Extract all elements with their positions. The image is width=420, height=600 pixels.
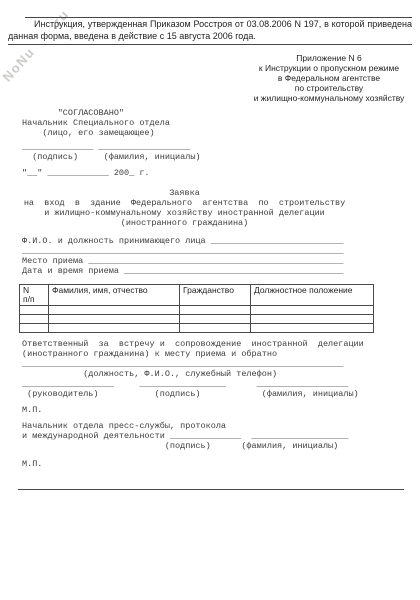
table-row (20, 324, 374, 333)
press-service-block: Начальник отдела пресс-службы, протокола… (0, 421, 420, 451)
appendix-line-4: по строительству (240, 83, 418, 93)
field-reception-place: Место приема ___________________________… (22, 256, 420, 266)
document-page: NoNu .ru Инструкция, утвержденная Приказ… (0, 0, 420, 600)
document-content: Инструкция, утвержденная Приказом Росстр… (0, 17, 420, 490)
stamp-place-2: М.П. (22, 459, 420, 469)
approval-date-line: "__" ____________ 200_ г. (22, 168, 420, 178)
notice-line-1: Инструкция, утвержденная Приказом Росстр… (8, 19, 412, 31)
table-header-number: N п/п (20, 285, 49, 306)
notice-line-2: данная форма, введена в действие с 15 ав… (8, 31, 412, 43)
appendix-line-2: к Инструкции о пропускном режиме (240, 63, 418, 73)
field-host-name-continuation: ________________________________________… (22, 246, 420, 256)
responsible-signature-labels: (руководитель) (подпись) (фамилия, иници… (22, 389, 420, 399)
approval-title: "СОГЛАСОВАНО" (22, 108, 420, 118)
responsible-underline-label: (должность, Ф.И.О., служебный телефон) (22, 369, 420, 379)
notice-box: Инструкция, утвержденная Приказом Росстр… (8, 17, 412, 45)
fields-block: Ф.И.О. и должность принимающего лица ___… (0, 236, 420, 276)
bottom-rule (18, 489, 404, 490)
appendix-line-5: и жилищно-коммунальному хозяйству (240, 93, 418, 103)
table-header-position: Должностное положение (251, 285, 374, 306)
approval-position: Начальник Специального отдела (22, 118, 420, 128)
table-header-name: Фамилия, имя, отчество (49, 285, 180, 306)
press-signature-labels: (подпись) (фамилия, инициалы) (22, 441, 420, 451)
form-title-line-2: на вход в здание Федерального агентства … (22, 198, 347, 208)
responsible-line-2: (иностранного гражданина) к месту приема… (22, 349, 420, 359)
approval-deputy-note: (лицо, его замещающее) (22, 128, 420, 138)
visitors-table: N п/п Фамилия, имя, отчество Гражданство… (19, 284, 374, 333)
table-header-row: N п/п Фамилия, имя, отчество Гражданство… (20, 285, 374, 306)
appendix-line-3: в Федеральном агентстве (240, 73, 418, 83)
field-reception-datetime: Дата и время приема ____________________… (22, 266, 420, 276)
approval-signature-lines: ______________ __________________ (22, 142, 420, 152)
responsible-line-1: Ответственный за встречу и сопровождение… (22, 339, 420, 349)
responsible-underline: ________________________________________… (22, 359, 420, 369)
responsible-block: Ответственный за встречу и сопровождение… (0, 339, 420, 399)
form-title: Заявка (22, 188, 347, 198)
table-row (20, 306, 374, 315)
press-head-line-2: и международной деятельности ___________… (22, 431, 420, 441)
press-head-line-1: Начальник отдела пресс-службы, протокола (22, 421, 420, 431)
appendix-line-1: Приложение N 6 (240, 53, 418, 63)
form-title-line-4: (иностранного гражданина) (22, 218, 347, 228)
field-host-name: Ф.И.О. и должность принимающего лица ___… (22, 236, 420, 246)
approval-signature-labels: (подпись) (фамилия, инициалы) (22, 152, 420, 162)
table-row (20, 315, 374, 324)
approval-block: "СОГЛАСОВАНО" Начальник Специального отд… (0, 108, 420, 178)
table-header-citizenship: Гражданство (180, 285, 251, 306)
responsible-signature-lines: __________________ _________________ ___… (22, 379, 420, 389)
stamp-place-1: М.П. (22, 405, 420, 415)
appendix-block: Приложение N 6 к Инструкции о пропускном… (240, 53, 418, 103)
notice-bottom-rule (8, 44, 412, 45)
form-title-line-3: и жилищно-коммунальному хозяйству иностр… (22, 208, 347, 218)
form-title-block: Заявка на вход в здание Федерального аге… (22, 188, 347, 228)
